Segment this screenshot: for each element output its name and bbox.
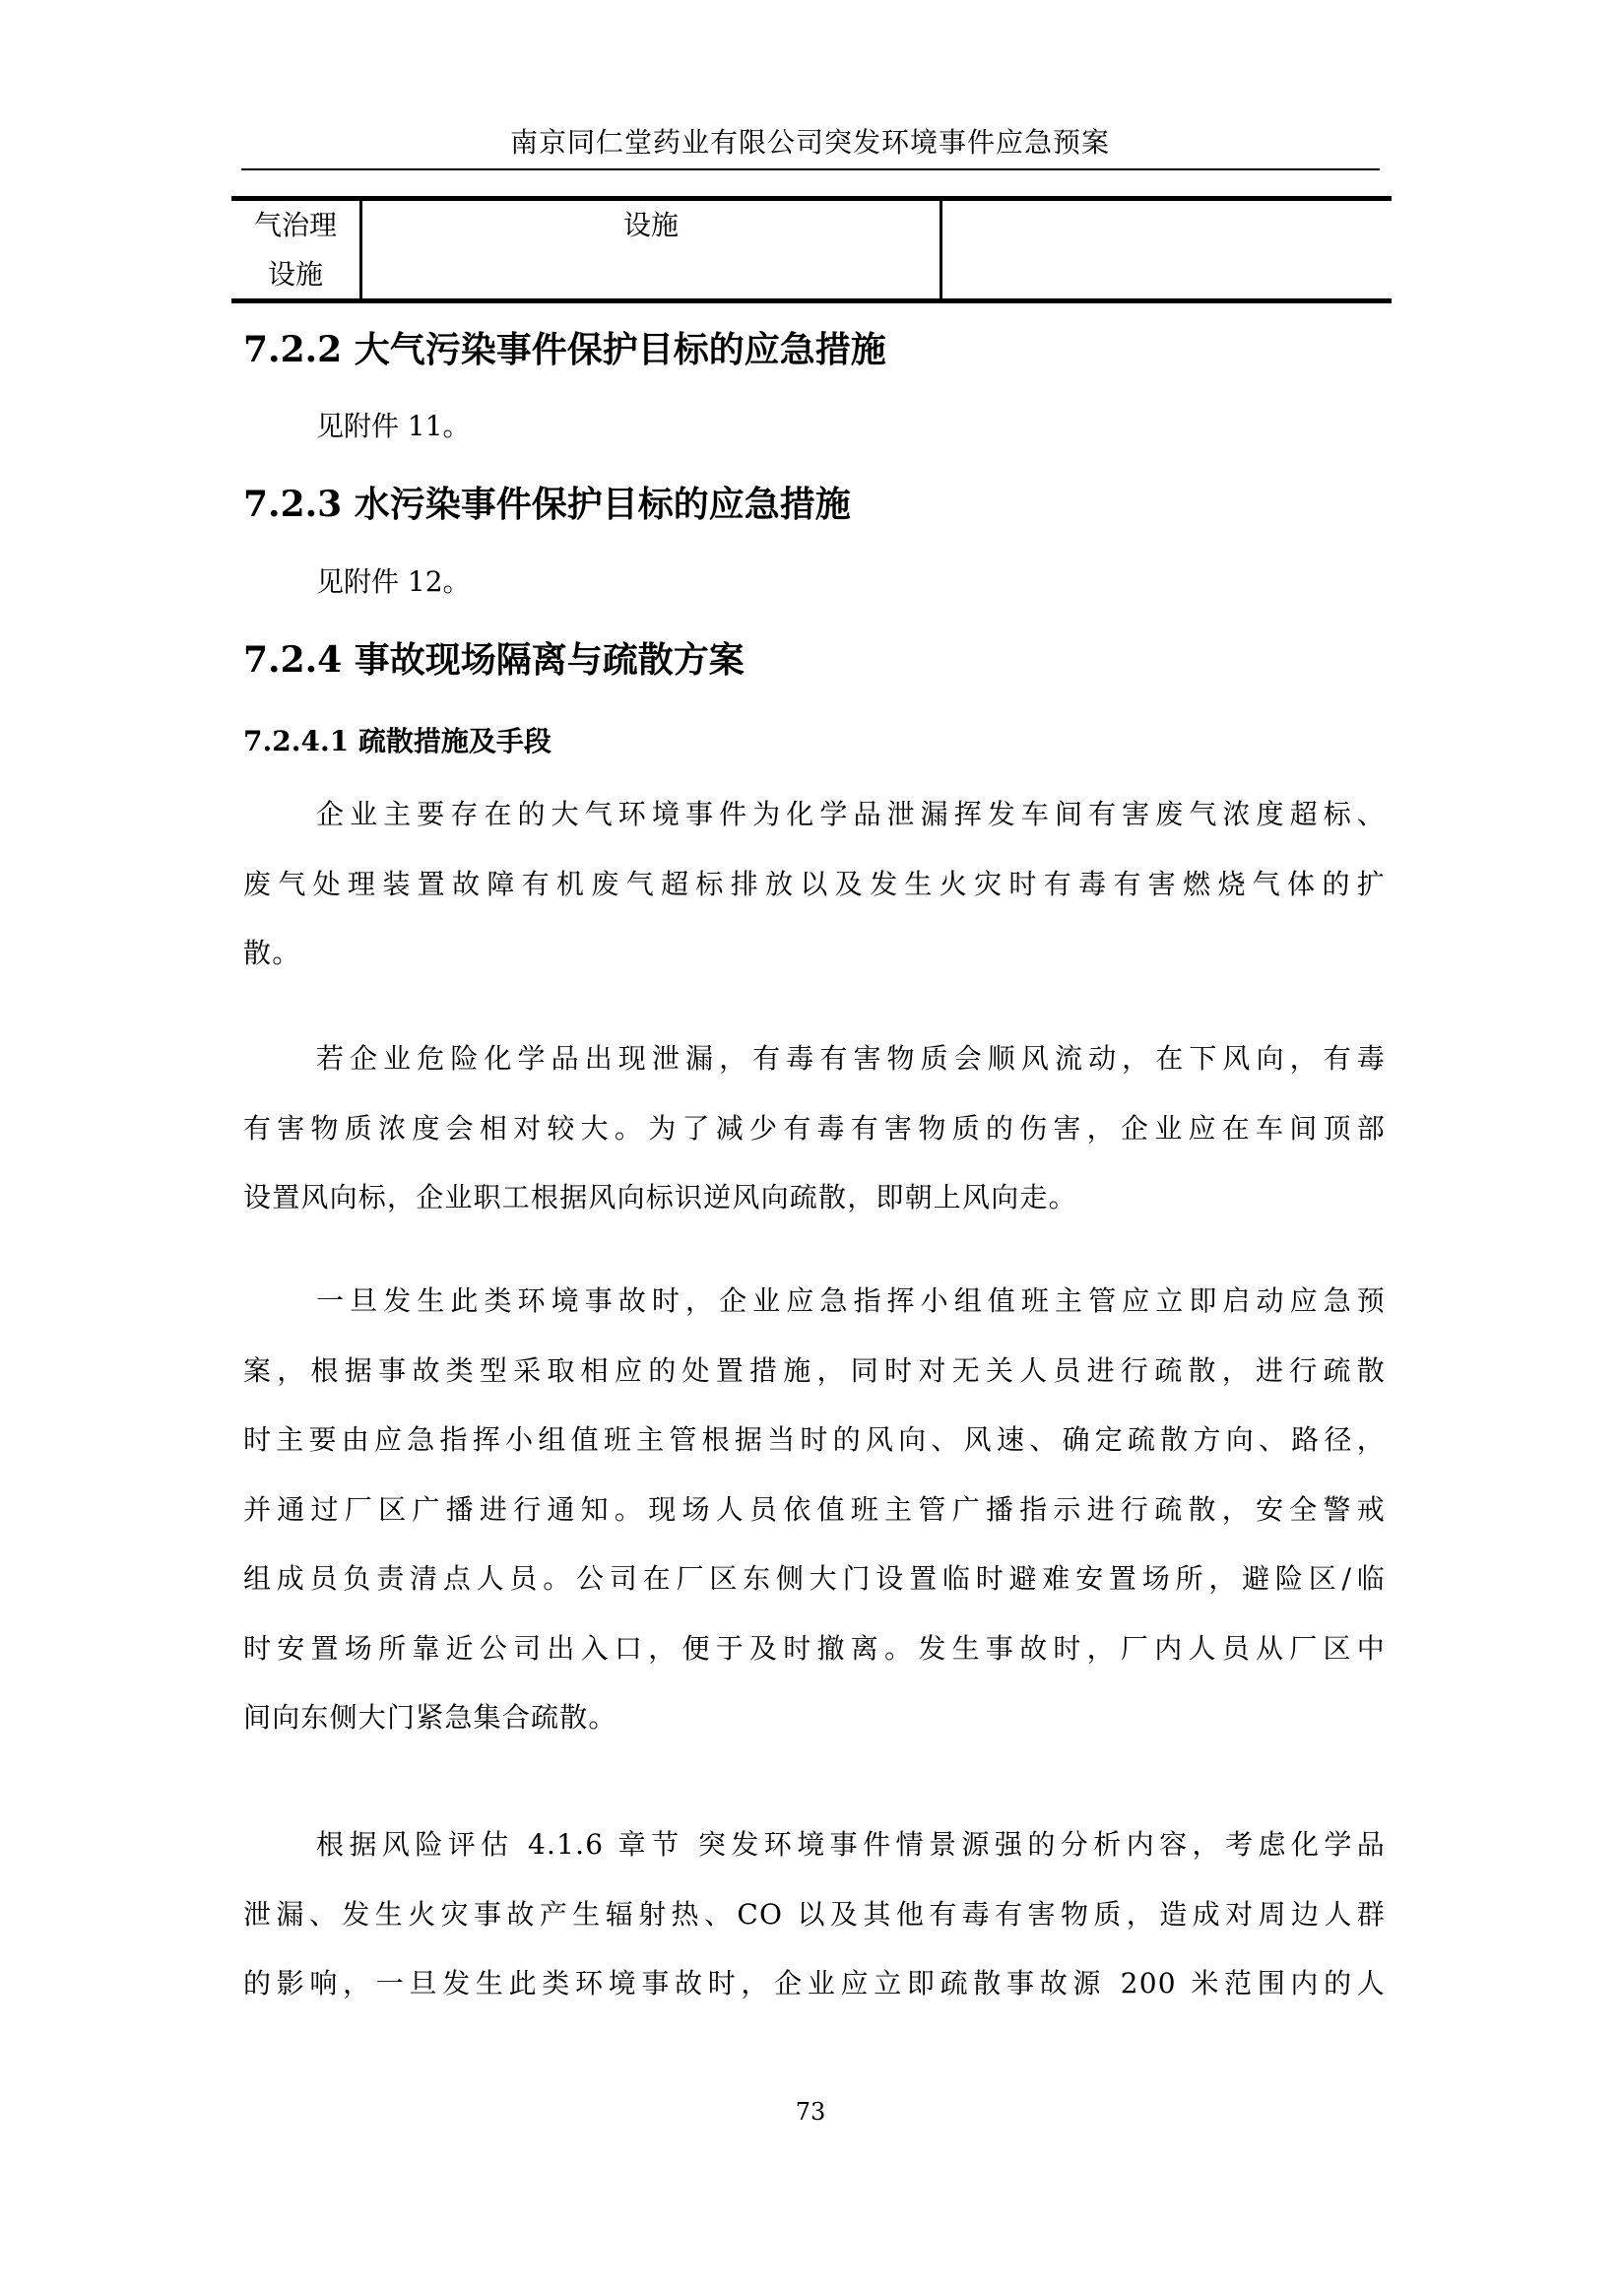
section-heading-7-2-2: 7.2.2 大气污染事件保护目标的应急措施 bbox=[243, 325, 886, 374]
section-body-7-2-2: 见附件 11。 bbox=[316, 402, 471, 451]
paragraph-line: 设置风向标，企业职工根据风向标识逆风向疏散，即朝上风向走。 bbox=[243, 1163, 1386, 1233]
paragraph-line: 案，根据事故类型采取相应的处置措施，同时对无关人员进行疏散，进行疏散 bbox=[243, 1337, 1386, 1407]
paragraph-line: 时安置场所靠近公司出入口，便于及时撤离。发生事故时，厂内人员从厂区中 bbox=[243, 1614, 1386, 1684]
section-body-7-2-3: 见附件 12。 bbox=[316, 558, 471, 607]
table-cell-line: 气治理 bbox=[231, 201, 359, 250]
section-heading-7-2-4: 7.2.4 事故现场隔离与疏散方案 bbox=[243, 635, 745, 685]
paragraph-line: 时主要由应急指挥小组值班主管根据当时的风向、风速、确定疏散方向、路径， bbox=[243, 1406, 1386, 1476]
page-number: 73 bbox=[0, 2098, 1621, 2126]
paragraph-line: 一旦发生此类环境事故时，企业应急指挥小组值班主管应立即启动应急预 bbox=[243, 1267, 1386, 1337]
running-header: 南京同仁堂药业有限公司突发环境事件应急预案 bbox=[241, 118, 1379, 167]
paragraph: 企业主要存在的大气环境事件为化学品泄漏挥发车间有害废气浓度超标、 废气处理装置故… bbox=[243, 780, 1386, 989]
table-cell-category: 气治理 设施 bbox=[231, 201, 359, 298]
section-heading-7-2-3: 7.2.3 水污染事件保护目标的应急措施 bbox=[243, 480, 851, 529]
paragraph-line: 有害物质浓度会相对较大。为了减少有毒有害物质的伤害，企业应在车间顶部 bbox=[243, 1094, 1386, 1164]
paragraph-line: 散。 bbox=[243, 919, 1386, 989]
table-cell-empty bbox=[942, 201, 1392, 298]
table-cell-measure: 设施 bbox=[362, 201, 940, 298]
paragraph-line: 组成员负责清点人员。公司在厂区东侧大门设置临时避难安置场所，避险区/临 bbox=[243, 1544, 1386, 1614]
paragraph-line: 废气处理装置故障有机废气超标排放以及发生火灾时有毒有害燃烧气体的扩 bbox=[243, 850, 1386, 920]
table-cell-line: 设施 bbox=[362, 201, 940, 250]
paragraph-line: 若企业危险化学品出现泄漏，有毒有害物质会顺风流动，在下风向，有毒 bbox=[243, 1024, 1386, 1094]
table-cell-line: 设施 bbox=[231, 250, 359, 299]
paragraph: 一旦发生此类环境事故时，企业应急指挥小组值班主管应立即启动应急预 案，根据事故类… bbox=[243, 1267, 1386, 1753]
paragraph: 根据风险评估 4.1.6 章节 突发环境事件情景源强的分析内容，考虑化学品 泄漏… bbox=[243, 1810, 1386, 2019]
document-page: 南京同仁堂药业有限公司突发环境事件应急预案 气治理 设施 设施 7.2.2 大气… bbox=[0, 0, 1621, 2296]
subsection-heading-7-2-4-1: 7.2.4.1 疏散措施及手段 bbox=[243, 717, 551, 766]
paragraph: 若企业危险化学品出现泄漏，有毒有害物质会顺风流动，在下风向，有毒 有害物质浓度会… bbox=[243, 1024, 1386, 1233]
paragraph-line: 企业主要存在的大气环境事件为化学品泄漏挥发车间有害废气浓度超标、 bbox=[243, 780, 1386, 850]
paragraph-line: 并通过厂区广播进行通知。现场人员依值班主管广播指示进行疏散，安全警戒 bbox=[243, 1476, 1386, 1545]
paragraph-line: 根据风险评估 4.1.6 章节 突发环境事件情景源强的分析内容，考虑化学品 bbox=[243, 1810, 1386, 1880]
table-fragment: 气治理 设施 设施 bbox=[231, 196, 1392, 302]
paragraph-line: 间向东侧大门紧急集合疏散。 bbox=[243, 1683, 1386, 1753]
paragraph-line: 的影响，一旦发生此类环境事故时，企业应立即疏散事故源 200 米范围内的人 bbox=[243, 1949, 1386, 2019]
table-bottom-rule bbox=[231, 298, 1392, 303]
paragraph-line: 泄漏、发生火灾事故产生辐射热、CO 以及其他有毒有害物质，造成对周边人群 bbox=[243, 1880, 1386, 1950]
header-rule bbox=[241, 168, 1380, 170]
